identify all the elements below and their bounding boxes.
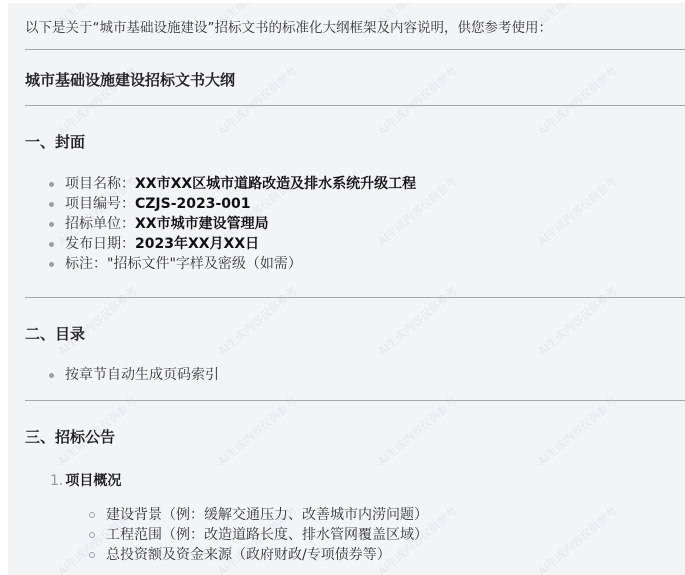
- bullet-icon: [49, 262, 54, 267]
- ordered-item-project-overview: 1.项目概况: [50, 470, 121, 490]
- list-item: 工程范围（例：改造道路长度、排水管网覆盖区域）: [88, 525, 428, 545]
- bullet-icon: [49, 182, 54, 187]
- watermark-text: AI生成内容仅供参考: [374, 283, 460, 359]
- document-title: 城市基础设施建设招标文书大纲: [25, 69, 235, 90]
- watermark-text: AI生成内容仅供参考: [534, 283, 620, 359]
- list-item: 建设背景（例：缓解交通压力、改善城市内涝问题）: [88, 505, 428, 525]
- list-item: 招标单位：XX市城市建设管理局: [47, 214, 416, 234]
- project-overview-sublist: 建设背景（例：缓解交通压力、改善城市内涝问题） 工程范围（例：改造道路长度、排水…: [88, 505, 428, 565]
- watermark-text: AI生成内容仅供参考: [374, 393, 460, 469]
- list-item: 标注："招标文件"字样及密级（如需）: [47, 254, 416, 274]
- watermark-text: AI生成内容仅供参考: [214, 283, 300, 359]
- intro-text: 以下是关于“城市基础设施建设”招标文书的标准化大纲框架及内容说明，供您参考使用：: [25, 16, 552, 36]
- divider: [25, 400, 685, 401]
- watermark-text: AI生成内容仅供参考: [534, 393, 620, 469]
- circle-bullet-icon: [89, 532, 95, 538]
- divider: [25, 297, 685, 298]
- section-heading-announcement: 三、招标公告: [25, 426, 115, 447]
- list-item: 项目编号：CZJS-2023-001: [47, 194, 416, 214]
- bullet-icon: [49, 373, 54, 378]
- cover-list: 项目名称：XX市XX区城市道路改造及排水系统升级工程 项目编号：CZJS-202…: [47, 174, 416, 274]
- list-item: 总投资额及资金来源（政府财政/专项债券等）: [88, 545, 428, 565]
- divider: [25, 49, 685, 50]
- watermark-text: AI生成内容仅供参考: [534, 63, 620, 139]
- divider: [25, 105, 685, 106]
- bullet-icon: [49, 202, 54, 207]
- circle-bullet-icon: [89, 552, 95, 558]
- list-item: 按章节自动生成页码索引: [47, 365, 219, 385]
- watermark-text: AI生成内容仅供参考: [214, 393, 300, 469]
- section-heading-cover: 一、封面: [25, 131, 85, 152]
- bullet-icon: [49, 242, 54, 247]
- circle-bullet-icon: [89, 512, 95, 518]
- message-panel: AI生成内容仅供参考AI生成内容仅供参考AI生成内容仅供参考AI生成内容仅供参考…: [8, 3, 685, 575]
- watermark-text: AI生成内容仅供参考: [54, 283, 140, 359]
- list-item: 发布日期：2023年XX月XX日: [47, 234, 416, 254]
- watermark-text: AI生成内容仅供参考: [534, 173, 620, 249]
- watermark-text: AI生成内容仅供参考: [374, 63, 460, 139]
- watermark-text: AI生成内容仅供参考: [534, 503, 620, 575]
- toc-list: 按章节自动生成页码索引: [47, 365, 219, 385]
- bullet-icon: [49, 222, 54, 227]
- list-item: 项目名称：XX市XX区城市道路改造及排水系统升级工程: [47, 174, 416, 194]
- section-heading-toc: 二、目录: [25, 323, 85, 344]
